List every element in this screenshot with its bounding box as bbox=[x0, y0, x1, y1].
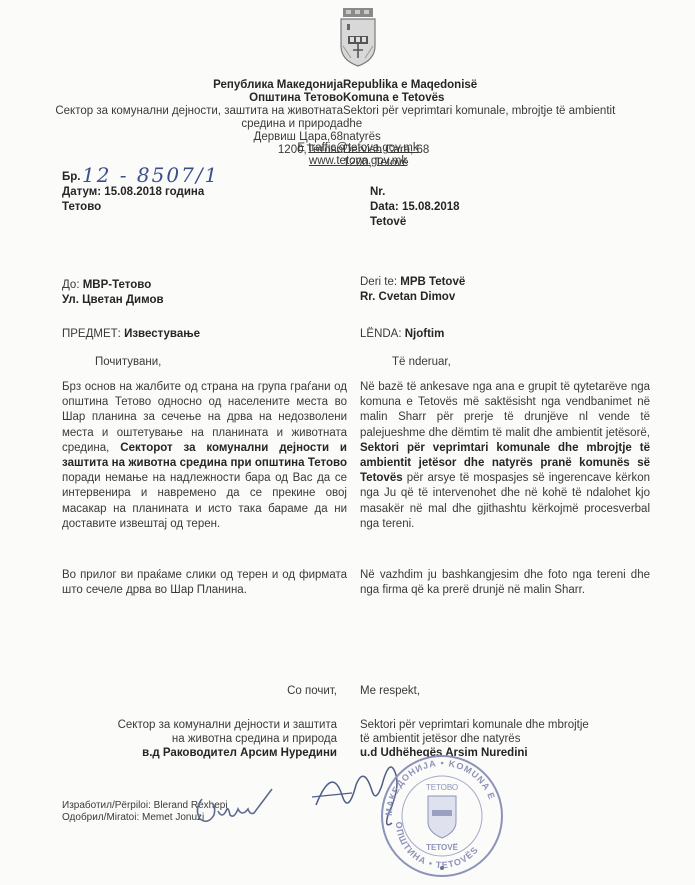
subject-value-sq: Njoftim bbox=[405, 328, 445, 340]
recipient-macedonian: До: МВР-Тетово Ул. Цветан Димов bbox=[62, 278, 164, 308]
body-text-sq: Në bazë të ankesave nga ana e grupit të … bbox=[360, 381, 650, 439]
closing-albanian: Me respekt, bbox=[360, 685, 420, 697]
header-country-sq: Republika e Maqedonisë bbox=[343, 79, 623, 92]
body-text-sq-end: për arsye të mospasjes së ingerencave kë… bbox=[360, 472, 650, 530]
place-mk: Тетово bbox=[62, 200, 204, 215]
svg-text:ТЕТОВО: ТЕТОВО bbox=[426, 783, 458, 792]
header-sector-mk-1: Сектор за комунални дејности, заштита на… bbox=[43, 105, 343, 118]
recipient-albanian: Deri te: MPB Tetovë Rr. Cvetan Dimov bbox=[360, 275, 465, 305]
email-label: E bbox=[297, 142, 305, 154]
header-contact: E traffic@tetova.gov.mk www.tetova.gov.m… bbox=[283, 142, 433, 168]
subject-label-sq: LËNDA: bbox=[360, 328, 402, 340]
svg-text:TETOVË: TETOVË bbox=[426, 843, 459, 852]
header-country-mk: Република Македонија bbox=[43, 79, 343, 92]
to-label-mk: До: bbox=[62, 279, 80, 291]
meta-macedonian: Бр. Датум: 15.08.2018 година Тетово bbox=[62, 170, 204, 215]
number-label-mk: Бр. bbox=[62, 170, 204, 185]
signature-sector-mk-2: на животна средина и природа bbox=[37, 732, 337, 746]
coat-of-arms-icon bbox=[337, 6, 379, 68]
body-text-mk-end: поради немање на надлежности бара од Вас… bbox=[62, 472, 347, 530]
meta-albanian: Nr. Data: 15.08.2018 Tetovë bbox=[370, 185, 460, 230]
date-mk: Датум: 15.08.2018 година bbox=[62, 185, 204, 200]
official-stamp-icon: МАКЕДОНИЈА • KOMUNA E ОПШТИНА • TETOVËS … bbox=[378, 752, 506, 880]
date-value-mk: 15.08.2018 година bbox=[104, 186, 204, 198]
subject-value-mk: Известување bbox=[124, 328, 200, 340]
website-link[interactable]: www.tetova.gov.mk bbox=[309, 155, 407, 167]
subject-albanian: LËNDA: Njoftim bbox=[360, 328, 444, 340]
to-value-sq: MPB Tetovë bbox=[400, 276, 465, 288]
date-label-sq: Data: bbox=[370, 201, 399, 213]
subject-label-mk: ПРЕДМЕТ: bbox=[62, 328, 121, 340]
header-sector-sq-1: Sektori për veprimtari komunale, mbrojtj… bbox=[343, 105, 623, 131]
body-paragraph-mk-2: Во прилог ви праќаме слики од терен и од… bbox=[62, 568, 347, 598]
date-sq: Data: 15.08.2018 bbox=[370, 200, 460, 215]
body-paragraph-mk-1: Брз основ на жалбите од страна на група … bbox=[62, 380, 347, 532]
signature-sector-mk-1: Сектор за комунални дејности и заштита bbox=[37, 718, 337, 732]
signature-block-macedonian: Сектор за комунални дејности и заштита н… bbox=[37, 718, 337, 760]
date-label-mk: Датум: bbox=[62, 186, 101, 198]
signature-sector-sq-2: të ambientit jetësor dhe natyrës bbox=[360, 732, 660, 746]
letter-page: Република Македонија Општина Тетово Сект… bbox=[0, 0, 695, 885]
email-link[interactable]: traffic@tetova.gov.mk bbox=[308, 142, 418, 154]
signature-sector-sq-1: Sektori për veprimtari komunale dhe mbro… bbox=[360, 718, 660, 732]
place-sq: Tetovë bbox=[370, 215, 460, 230]
greeting-albanian: Të nderuar, bbox=[392, 356, 451, 368]
handwritten-signature-icon bbox=[192, 785, 277, 830]
header-sector-mk-2: средина и природа bbox=[43, 118, 343, 131]
body-paragraph-sq-2: Në vazhdim ju bashkangjesim dhe foto nga… bbox=[360, 568, 650, 598]
header-municipality-sq: Komuna e Tetovës bbox=[343, 92, 623, 105]
to-value-mk: МВР-Тетово bbox=[83, 279, 152, 291]
recipient-street-mk: Ул. Цветан Димов bbox=[62, 293, 164, 308]
signature-name-mk: в.д Раководител Арсим Нуредини bbox=[37, 746, 337, 760]
to-label-sq: Deri te: bbox=[360, 276, 397, 288]
subject-macedonian: ПРЕДМЕТ: Известување bbox=[62, 328, 200, 340]
number-label-sq: Nr. bbox=[370, 185, 460, 200]
header-municipality-mk: Општина Тетово bbox=[43, 92, 343, 105]
date-value-sq: 15.08.2018 bbox=[402, 201, 460, 213]
recipient-street-sq: Rr. Cvetan Dimov bbox=[360, 290, 465, 305]
greeting-macedonian: Почитувани, bbox=[95, 356, 161, 368]
body-paragraph-sq-1: Në bazë të ankesave nga ana e grupit të … bbox=[360, 380, 650, 532]
closing-macedonian: Со почит, bbox=[287, 685, 337, 697]
